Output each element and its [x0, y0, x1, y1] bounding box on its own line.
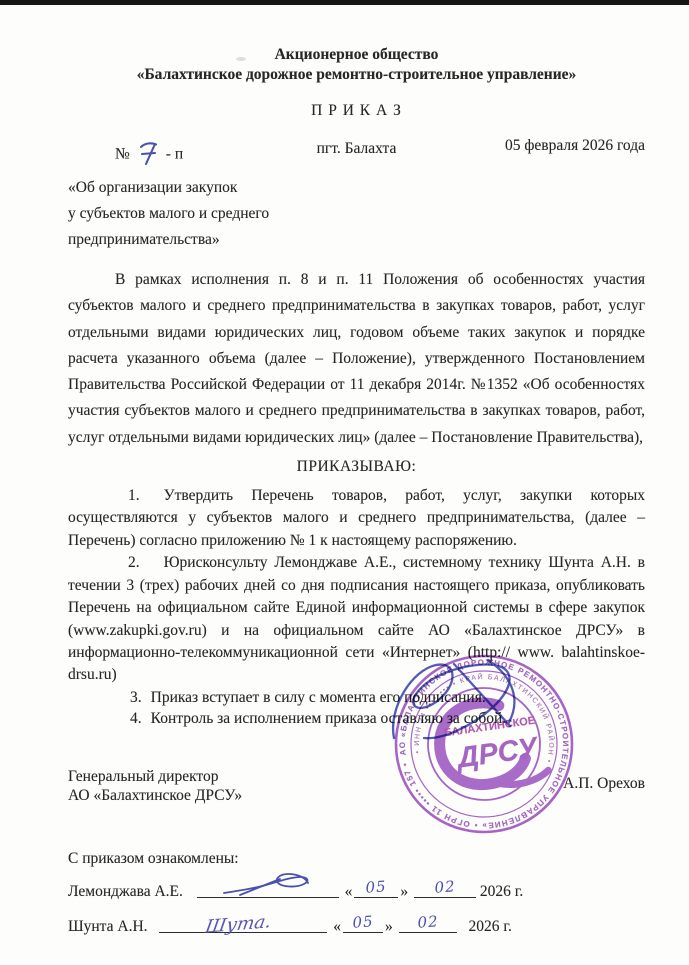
item-number: 2. [128, 554, 140, 571]
quote-open: « [331, 918, 343, 935]
item-text: Утвердить Перечень товаров, работ, услуг… [68, 487, 645, 549]
director-signature-icon [388, 656, 548, 756]
handwritten-order-number-icon [138, 140, 160, 166]
preamble-paragraph: В рамках исполнения п. 8 и п. 11 Положен… [68, 267, 645, 451]
item-number: 3. [130, 689, 142, 706]
ack-name: Шунта А.Н. [68, 918, 148, 935]
scanned-order-document: Акционерное общество «Балахтинское дорож… [0, 0, 689, 965]
director-org: АО «Балахтинское ДРСУ» [68, 786, 242, 805]
handwritten-month: 02 [417, 912, 439, 931]
item-number: 4. [130, 710, 142, 727]
ack-heading: С приказом ознакомлены: [68, 850, 645, 868]
lemondzhava-signature-icon [222, 871, 314, 901]
handwritten-day: 05 [352, 912, 374, 931]
quote-close: » [383, 918, 395, 935]
doc-type-title: П Р И К А З [68, 102, 645, 120]
order-number: № - п [115, 140, 183, 170]
subject-line2: у субъектов малого и среднего [68, 201, 645, 227]
day-blank: 05 [343, 916, 383, 933]
order-number-suffix: - п [166, 146, 183, 163]
subject-line1: «Об организации закупок [68, 175, 645, 201]
subject-block: «Об организации закупок у субъектов мало… [68, 175, 645, 253]
org-name-line2: «Балахтинское дорожное ремонтно-строител… [68, 65, 645, 85]
quote-open: « [343, 883, 355, 900]
ack-row-lemondzhava: Лемонджава А.Е. «05» 02 2026 г. [68, 881, 645, 903]
signature-line [197, 881, 339, 898]
year-label: 2026 г. [469, 918, 512, 935]
org-header: Акционерное общество «Балахтинское дорож… [68, 45, 645, 85]
director-title: Генеральный директор [68, 767, 242, 786]
org-name-line1: Акционерное общество [68, 45, 645, 65]
order-number-label: № [115, 146, 130, 163]
month-blank: 02 [414, 881, 476, 898]
quote-close: » [398, 883, 410, 900]
order-meta-row: № - п пгт. Балахта 05 февраля 2026 года [68, 137, 645, 163]
order-item-1: 1.Утвердить Перечень товаров, работ, усл… [68, 485, 645, 552]
year-label: 2026 г. [480, 883, 523, 900]
handwritten-day: 05 [365, 877, 387, 896]
ack-name: Лемонджава А.Е. [68, 883, 183, 900]
signature-line: Шута. [159, 916, 327, 933]
director-signature [388, 656, 548, 756]
handwritten-month: 02 [434, 877, 456, 896]
ack-row-shunta: Шунта А.Н. Шута. «05» 02 2026 г. [68, 916, 645, 938]
item-number: 1. [128, 487, 140, 504]
place-label: пгт. Балахта [317, 140, 397, 158]
subject-line3: предпринимательства» [68, 227, 645, 253]
director-title-block: Генеральный директор АО «Балахтинское ДР… [68, 767, 242, 805]
month-blank: 02 [399, 916, 457, 933]
day-blank: 05 [354, 881, 398, 898]
shunta-signature: Шута. [204, 911, 273, 938]
resolution-heading: ПРИКАЗЫВАЮ: [68, 458, 645, 476]
date-label: 05 февраля 2026 года [505, 137, 645, 155]
